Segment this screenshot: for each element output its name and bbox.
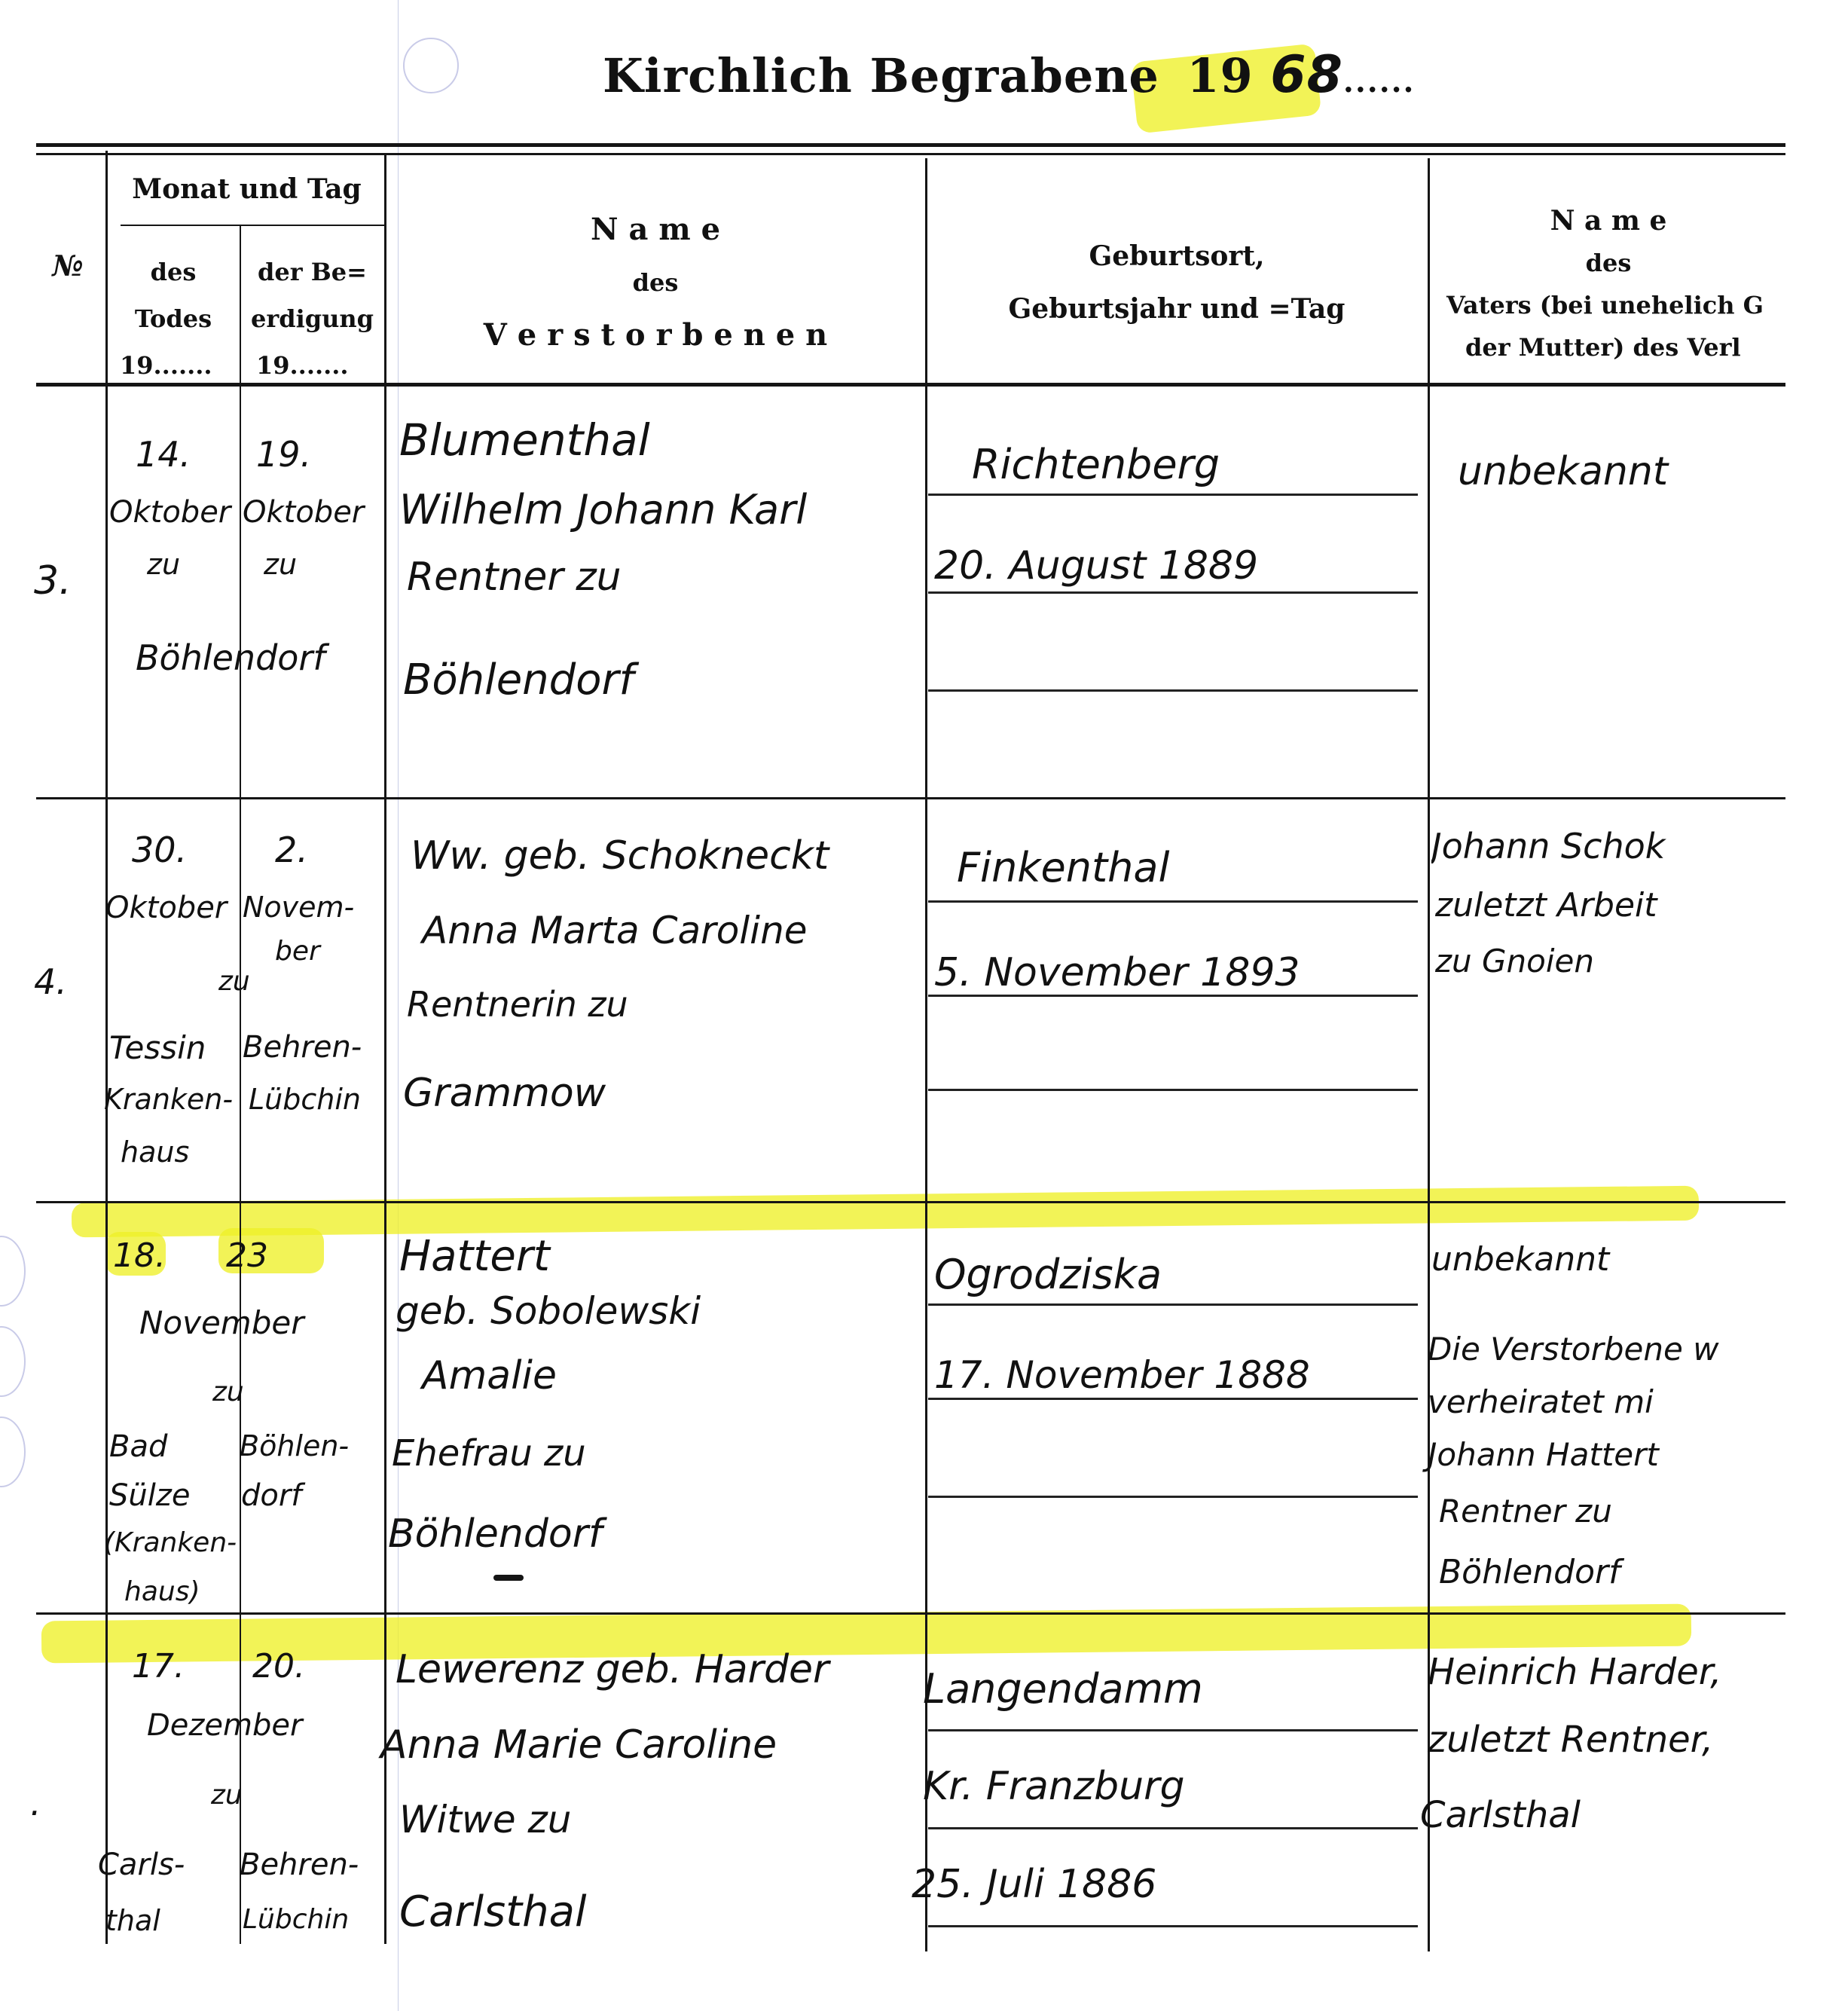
deceased-name-line: Anna Marie Caroline xyxy=(380,1725,777,1765)
deceased-name-line: geb. Sobolewski xyxy=(396,1292,701,1330)
deceased-name-line: Grammow xyxy=(403,1074,606,1113)
death-place: haus xyxy=(121,1138,189,1166)
punch-hole-mark xyxy=(0,1417,26,1487)
father-line: zuletzt Rentner, xyxy=(1428,1722,1713,1758)
birth-date: 5. November 1893 xyxy=(934,953,1300,992)
father-line: Rentner zu xyxy=(1439,1496,1612,1527)
death-day: 14. xyxy=(136,437,191,472)
father-line: zu Gnoien xyxy=(1435,946,1594,977)
col-divider-dates xyxy=(240,226,241,1944)
header-name-line: N a m e xyxy=(388,203,923,256)
father-line: Heinrich Harder, xyxy=(1428,1654,1721,1690)
death-place: (Kranken- xyxy=(104,1530,237,1557)
header-des-todes: des Todes 19....... xyxy=(109,249,237,389)
monat-divider-rule xyxy=(121,225,384,226)
death-month: November xyxy=(139,1307,304,1339)
header-vaters-line: Vaters (bei unehelich G xyxy=(1431,284,1785,326)
birth-place: Kr. Franzburg xyxy=(923,1767,1185,1806)
punch-hole-mark xyxy=(0,1326,26,1397)
entry-number: 3. xyxy=(34,561,72,601)
header-geburtsort-line: Geburtsort, xyxy=(928,230,1425,283)
deceased-name-line: Lewerenz geb. Harder xyxy=(396,1650,829,1689)
header-vaters-line: der Mutter) des Verl xyxy=(1431,326,1785,368)
father-line: Johann Hattert xyxy=(1428,1439,1659,1471)
birth-subline xyxy=(928,1827,1418,1829)
burial-place: Behren- xyxy=(240,1850,359,1880)
deceased-name-line: Witwe zu xyxy=(399,1801,571,1838)
death-zu: zu xyxy=(211,1782,243,1809)
father-line: Johann Schok xyxy=(1431,829,1785,863)
burial-place: Behren- xyxy=(243,1032,362,1062)
col-divider-no xyxy=(105,151,108,1944)
year-handwritten: 68 xyxy=(1270,45,1343,105)
deceased-name-line: Wilhelm Johann Karl xyxy=(399,490,807,530)
entry-separator xyxy=(36,797,1785,799)
death-place: Kranken- xyxy=(104,1085,233,1114)
deceased-name-line: Anna Marta Caroline xyxy=(422,912,808,949)
burial-day: 20. xyxy=(252,1650,305,1683)
header-der-beerdigung: der Be= erdigung 19....... xyxy=(243,249,382,389)
birth-subline xyxy=(928,900,1418,903)
deceased-name-line: Ehefrau zu xyxy=(392,1435,586,1472)
deceased-name-line: Amalie xyxy=(422,1356,557,1395)
death-day: 30. xyxy=(132,833,187,867)
entry-number: 4. xyxy=(34,964,67,999)
birth-subline xyxy=(928,1925,1418,1927)
deceased-name-line: Blumenthal xyxy=(399,418,650,462)
burial-day: 23 xyxy=(226,1239,268,1273)
entry-separator xyxy=(36,1612,1785,1615)
deceased-name-line: Böhlendorf xyxy=(388,1514,602,1554)
header-name-line: V e r s t o r b e n e n xyxy=(388,309,923,362)
death-place: Bad xyxy=(109,1432,167,1462)
father-line: Die Verstorbene w xyxy=(1428,1334,1785,1365)
birth-place: Langendamm xyxy=(923,1669,1203,1710)
death-place: thal xyxy=(105,1906,160,1935)
name-underline-mark xyxy=(493,1575,524,1581)
burial-month: Oktober xyxy=(243,497,364,527)
birth-subline xyxy=(928,1496,1418,1498)
header-name-line: des xyxy=(388,256,923,309)
burial-place: Lübchin xyxy=(249,1085,361,1114)
father-line: unbekannt xyxy=(1458,452,1668,491)
deceased-name-line: Böhlendorf xyxy=(403,659,634,701)
birth-subline xyxy=(928,1303,1418,1306)
deceased-name-line: Rentner zu xyxy=(407,558,622,597)
title-text: Kirchlich Begrabene xyxy=(603,48,1159,103)
father-line: unbekannt xyxy=(1431,1243,1609,1276)
header-name-vaters: N a m e des Vaters (bei unehelich G der … xyxy=(1431,200,1785,368)
birth-subline xyxy=(928,494,1418,496)
burial-day: 2. xyxy=(275,833,308,867)
birth-place: Ogrodziska xyxy=(934,1255,1162,1295)
header-der-beerdigung-line: 19....... xyxy=(243,342,382,389)
death-zu: zu xyxy=(147,550,180,579)
birth-date: 17. November 1888 xyxy=(934,1356,1310,1394)
header-der-beerdigung-line: der Be= xyxy=(243,249,382,295)
death-place: Tessin xyxy=(109,1032,206,1064)
father-line: verheiratet mi xyxy=(1428,1386,1785,1418)
deceased-name-line: Carlsthal xyxy=(399,1891,587,1933)
header-des-todes-line: des xyxy=(109,249,237,295)
header-vaters-line: des xyxy=(1431,242,1785,284)
burial-month: Novem- xyxy=(243,893,354,921)
father-line: Carlsthal xyxy=(1420,1797,1581,1833)
father-line: Böhlendorf xyxy=(1439,1556,1620,1589)
death-month: Oktober xyxy=(109,497,231,527)
burial-zu: zu xyxy=(264,550,297,579)
year-dots: ...... xyxy=(1343,64,1416,99)
deceased-name-line: Hattert xyxy=(399,1236,550,1278)
header-geburtsort-line: Geburtsjahr und =Tag xyxy=(928,283,1425,335)
col-divider-name xyxy=(384,154,386,1944)
birth-place: Finkenthal xyxy=(957,848,1170,888)
burial-day: 19. xyxy=(256,437,311,472)
birth-subline xyxy=(928,1729,1418,1731)
father-line: zuletzt Arbeit xyxy=(1435,889,1785,922)
page-title: Kirchlich Begrabene 19 68...... xyxy=(603,45,1415,105)
top-double-rule xyxy=(36,153,1785,155)
punch-hole-mark xyxy=(0,1236,26,1307)
header-vaters-line: N a m e xyxy=(1431,200,1785,242)
birth-subline xyxy=(928,591,1418,594)
birth-subline xyxy=(928,689,1418,692)
burial-place: Lübchin xyxy=(243,1906,349,1933)
header-monat-und-tag: Monat und Tag xyxy=(109,173,384,205)
birth-subline xyxy=(928,1089,1418,1091)
burial-place: Böhlen- xyxy=(240,1432,349,1460)
entry-number: . xyxy=(30,1786,41,1820)
death-place: haus) xyxy=(124,1579,200,1606)
entry-separator xyxy=(36,1201,1785,1203)
header-des-todes-line: Todes xyxy=(109,295,237,342)
death-place: Sülze xyxy=(109,1481,190,1511)
header-name-verstorbenen: N a m e des V e r s t o r b e n e n xyxy=(388,203,923,362)
header-der-beerdigung-line: erdigung xyxy=(243,295,382,342)
death-day: 17. xyxy=(132,1650,185,1683)
header-des-todes-line: 19....... xyxy=(109,342,237,389)
death-month: Oktober xyxy=(105,893,227,923)
deceased-name-line: Ww. geb. Schokneckt xyxy=(411,836,829,876)
death-month: Dezember xyxy=(147,1710,302,1741)
burial-place: dorf xyxy=(241,1481,301,1511)
birth-place: Richtenberg xyxy=(972,445,1220,485)
death-zu: zu xyxy=(218,968,250,995)
burial-month: ber xyxy=(275,938,320,965)
top-double-rule xyxy=(36,143,1785,147)
birth-date: 20. August 1889 xyxy=(934,546,1258,585)
death-day: 18. xyxy=(113,1239,166,1273)
death-zu: zu xyxy=(212,1379,244,1406)
punch-hole-mark xyxy=(403,38,459,93)
death-place: Carls- xyxy=(98,1850,185,1880)
header-geburtsort: Geburtsort, Geburtsjahr und =Tag xyxy=(928,230,1425,335)
birth-subline xyxy=(928,1398,1418,1400)
deceased-name-line: Rentnerin zu xyxy=(407,987,628,1022)
death-place: Böhlendorf xyxy=(136,640,325,675)
year-printed: 19 xyxy=(1187,48,1253,103)
birth-date: 25. Juli 1886 xyxy=(912,1865,1156,1904)
header-no: № xyxy=(38,249,98,283)
